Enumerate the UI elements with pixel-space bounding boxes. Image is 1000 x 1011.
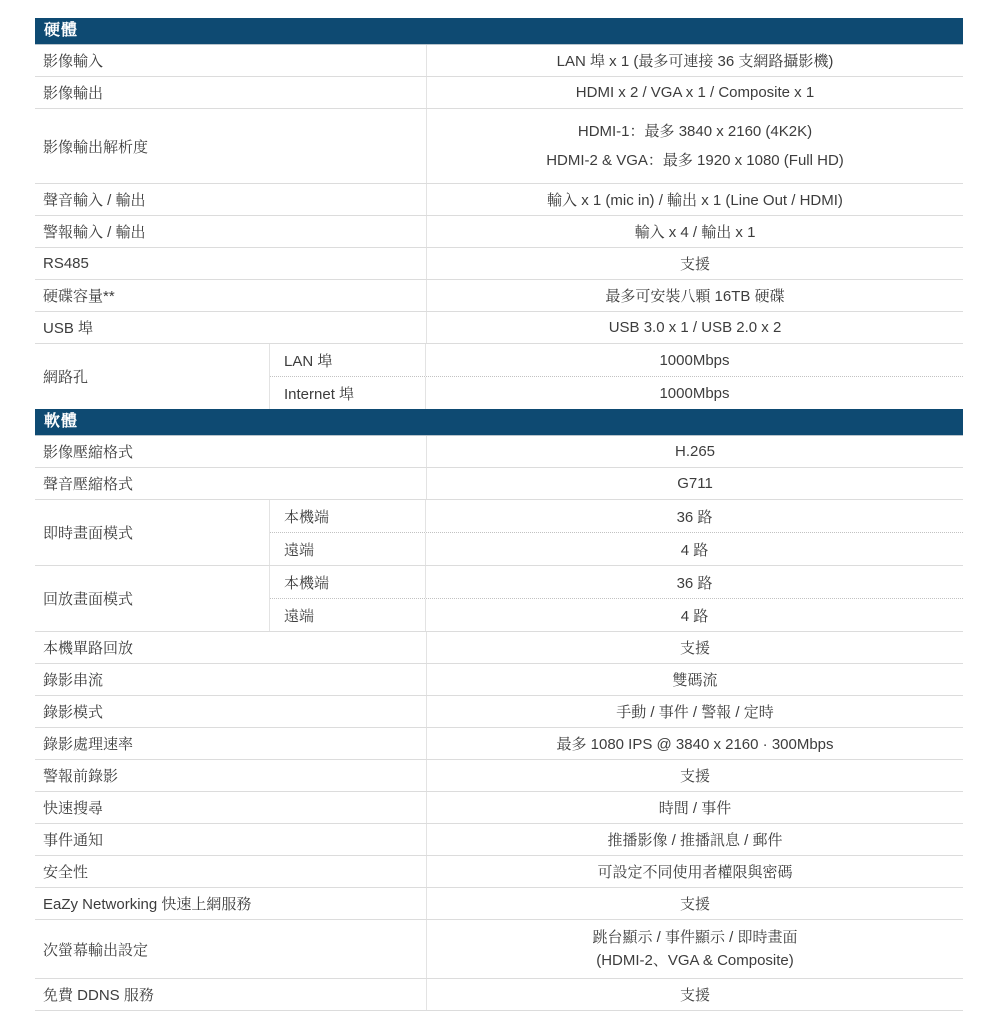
spec-row-free-ddns: 免費 DDNS 服務 支援 — [35, 978, 963, 1010]
spec-value: 支援 — [427, 632, 963, 663]
spec-row-video-output: 影像輸出 HDMI x 2 / VGA x 1 / Composite x 1 — [35, 76, 963, 108]
spec-label: 安全性 — [35, 856, 427, 887]
spec-row-live-display: 即時畫面模式 本機端 36 路 遠端 4 路 — [35, 499, 963, 565]
spec-value: 時間 / 事件 — [427, 792, 963, 823]
spec-label: 回放畫面模式 — [35, 566, 270, 631]
spec-sublabel: 遠端 — [270, 599, 426, 631]
spec-subrow-internet: Internet 埠 1000Mbps — [270, 376, 963, 409]
spec-value: 36 路 — [426, 566, 963, 598]
spec-label: 本機單路回放 — [35, 632, 427, 663]
spec-value: HDMI-1：最多 3840 x 2160 (4K2K) HDMI-2 & VG… — [427, 109, 963, 183]
spec-row-hdd-capacity: 硬碟容量** 最多可安裝八顆 16TB 硬碟 — [35, 279, 963, 311]
spec-label: USB 埠 — [35, 312, 427, 343]
spec-row-usb-port: USB 埠 USB 3.0 x 1 / USB 2.0 x 2 — [35, 311, 963, 343]
spec-subgrid: LAN 埠 1000Mbps Internet 埠 1000Mbps — [270, 344, 963, 409]
spec-label: RS485 — [35, 248, 427, 279]
spec-label: 警報輸入 / 輸出 — [35, 216, 427, 247]
spec-value: 4 路 — [426, 533, 963, 565]
spec-value: 支援 — [427, 979, 963, 1010]
spec-row-event-notification: 事件通知 推播影像 / 推播訊息 / 郵件 — [35, 823, 963, 855]
spec-value: 跳台顯示 / 事件顯示 / 即時畫面 (HDMI-2、VGA & Composi… — [427, 920, 963, 978]
spec-value: 4 路 — [426, 599, 963, 631]
spec-value: 1000Mbps — [426, 377, 963, 409]
spec-label: 錄影處理速率 — [35, 728, 427, 759]
spec-row-quick-search: 快速搜尋 時間 / 事件 — [35, 791, 963, 823]
spec-label: 錄影串流 — [35, 664, 427, 695]
spec-sublabel: 本機端 — [270, 500, 426, 532]
spec-row-rs485: RS485 支援 — [35, 247, 963, 279]
spec-subgrid: 本機端 36 路 遠端 4 路 — [270, 566, 963, 631]
spec-value: 輸入 x 1 (mic in) / 輸出 x 1 (Line Out / HDM… — [427, 184, 963, 215]
spec-sublabel: Internet 埠 — [270, 377, 426, 409]
spec-row-network-ports: 網路孔 LAN 埠 1000Mbps Internet 埠 1000Mbps — [35, 343, 963, 409]
spec-label: 硬碟容量** — [35, 280, 427, 311]
spec-value: 手動 / 事件 / 警報 / 定時 — [427, 696, 963, 727]
spec-value: 支援 — [427, 248, 963, 279]
spec-row-playback-display: 回放畫面模式 本機端 36 路 遠端 4 路 — [35, 565, 963, 631]
spec-value: 可設定不同使用者權限與密碼 — [427, 856, 963, 887]
spec-value: 最多可安裝八顆 16TB 硬碟 — [427, 280, 963, 311]
spec-value: 支援 — [427, 760, 963, 791]
spec-subrow-lan: LAN 埠 1000Mbps — [270, 344, 963, 376]
spec-label: 影像壓縮格式 — [35, 436, 427, 467]
spec-value: HDMI x 2 / VGA x 1 / Composite x 1 — [427, 77, 963, 108]
section-header-software: 軟體 — [35, 409, 963, 436]
spec-value: 支援 — [427, 888, 963, 919]
spec-row-record-mode: 錄影模式 手動 / 事件 / 警報 / 定時 — [35, 695, 963, 727]
spec-label: 警報前錄影 — [35, 760, 427, 791]
spec-label: 聲音輸入 / 輸出 — [35, 184, 427, 215]
spec-label: EaZy Networking 快速上網服務 — [35, 888, 427, 919]
spec-table: 硬體 影像輸入 LAN 埠 x 1 (最多可連接 36 支網路攝影機) 影像輸出… — [35, 18, 963, 1011]
spec-label: 事件通知 — [35, 824, 427, 855]
spec-value: LAN 埠 x 1 (最多可連接 36 支網路攝影機) — [427, 45, 963, 76]
spec-label: 次螢幕輸出設定 — [35, 920, 427, 978]
spec-label: 即時畫面模式 — [35, 500, 270, 565]
spec-value: 36 路 — [426, 500, 963, 532]
spec-row-video-compression: 影像壓縮格式 H.265 — [35, 436, 963, 467]
spec-subrow-local: 本機端 36 路 — [270, 566, 963, 598]
spec-subrow-local: 本機端 36 路 — [270, 500, 963, 532]
spec-label: 影像輸入 — [35, 45, 427, 76]
spec-row-video-input: 影像輸入 LAN 埠 x 1 (最多可連接 36 支網路攝影機) — [35, 45, 963, 76]
spec-row-eazy-networking: EaZy Networking 快速上網服務 支援 — [35, 887, 963, 919]
spec-row-record-stream: 錄影串流 雙碼流 — [35, 663, 963, 695]
spec-value: 推播影像 / 推播訊息 / 郵件 — [427, 824, 963, 855]
spec-subrow-remote: 遠端 4 路 — [270, 532, 963, 565]
spec-value-line: (HDMI-2、VGA & Composite) — [596, 949, 794, 972]
spec-value: H.265 — [427, 436, 963, 467]
section-header-hardware: 硬體 — [35, 18, 963, 45]
spec-value: 最多 1080 IPS @ 3840 x 2160 · 300Mbps — [427, 728, 963, 759]
spec-value: USB 3.0 x 1 / USB 2.0 x 2 — [427, 312, 963, 343]
spec-sublabel: 遠端 — [270, 533, 426, 565]
spec-label: 快速搜尋 — [35, 792, 427, 823]
spec-subrow-remote: 遠端 4 路 — [270, 598, 963, 631]
spec-row-local-single-playback: 本機單路回放 支援 — [35, 631, 963, 663]
spec-label: 免費 DDNS 服務 — [35, 979, 427, 1010]
spec-value-line: 跳台顯示 / 事件顯示 / 即時畫面 — [592, 926, 797, 949]
spec-subgrid: 本機端 36 路 遠端 4 路 — [270, 500, 963, 565]
spec-row-audio-io: 聲音輸入 / 輸出 輸入 x 1 (mic in) / 輸出 x 1 (Line… — [35, 183, 963, 215]
spec-value: 雙碼流 — [427, 664, 963, 695]
spec-value-line: HDMI-2 & VGA：最多 1920 x 1080 (Full HD) — [546, 146, 844, 175]
spec-row-record-rate: 錄影處理速率 最多 1080 IPS @ 3840 x 2160 · 300Mb… — [35, 727, 963, 759]
spec-row-audio-compression: 聲音壓縮格式 G711 — [35, 467, 963, 499]
spec-label: 影像輸出解析度 — [35, 109, 427, 183]
spec-value: 輸入 x 4 / 輸出 x 1 — [427, 216, 963, 247]
spec-row-pre-alarm-record: 警報前錄影 支援 — [35, 759, 963, 791]
spec-label: 網路孔 — [35, 344, 270, 409]
spec-value-line: HDMI-1：最多 3840 x 2160 (4K2K) — [578, 117, 812, 146]
spec-value: 1000Mbps — [426, 344, 963, 376]
spec-row-security: 安全性 可設定不同使用者權限與密碼 — [35, 855, 963, 887]
spec-label: 錄影模式 — [35, 696, 427, 727]
spec-value: G711 — [427, 468, 963, 499]
spec-sublabel: 本機端 — [270, 566, 426, 598]
spec-row-alarm-io: 警報輸入 / 輸出 輸入 x 4 / 輸出 x 1 — [35, 215, 963, 247]
spec-row-secondary-display: 次螢幕輸出設定 跳台顯示 / 事件顯示 / 即時畫面 (HDMI-2、VGA &… — [35, 919, 963, 978]
spec-label: 影像輸出 — [35, 77, 427, 108]
spec-label: 聲音壓縮格式 — [35, 468, 427, 499]
spec-row-output-resolution: 影像輸出解析度 HDMI-1：最多 3840 x 2160 (4K2K) HDM… — [35, 108, 963, 183]
spec-sublabel: LAN 埠 — [270, 344, 426, 376]
